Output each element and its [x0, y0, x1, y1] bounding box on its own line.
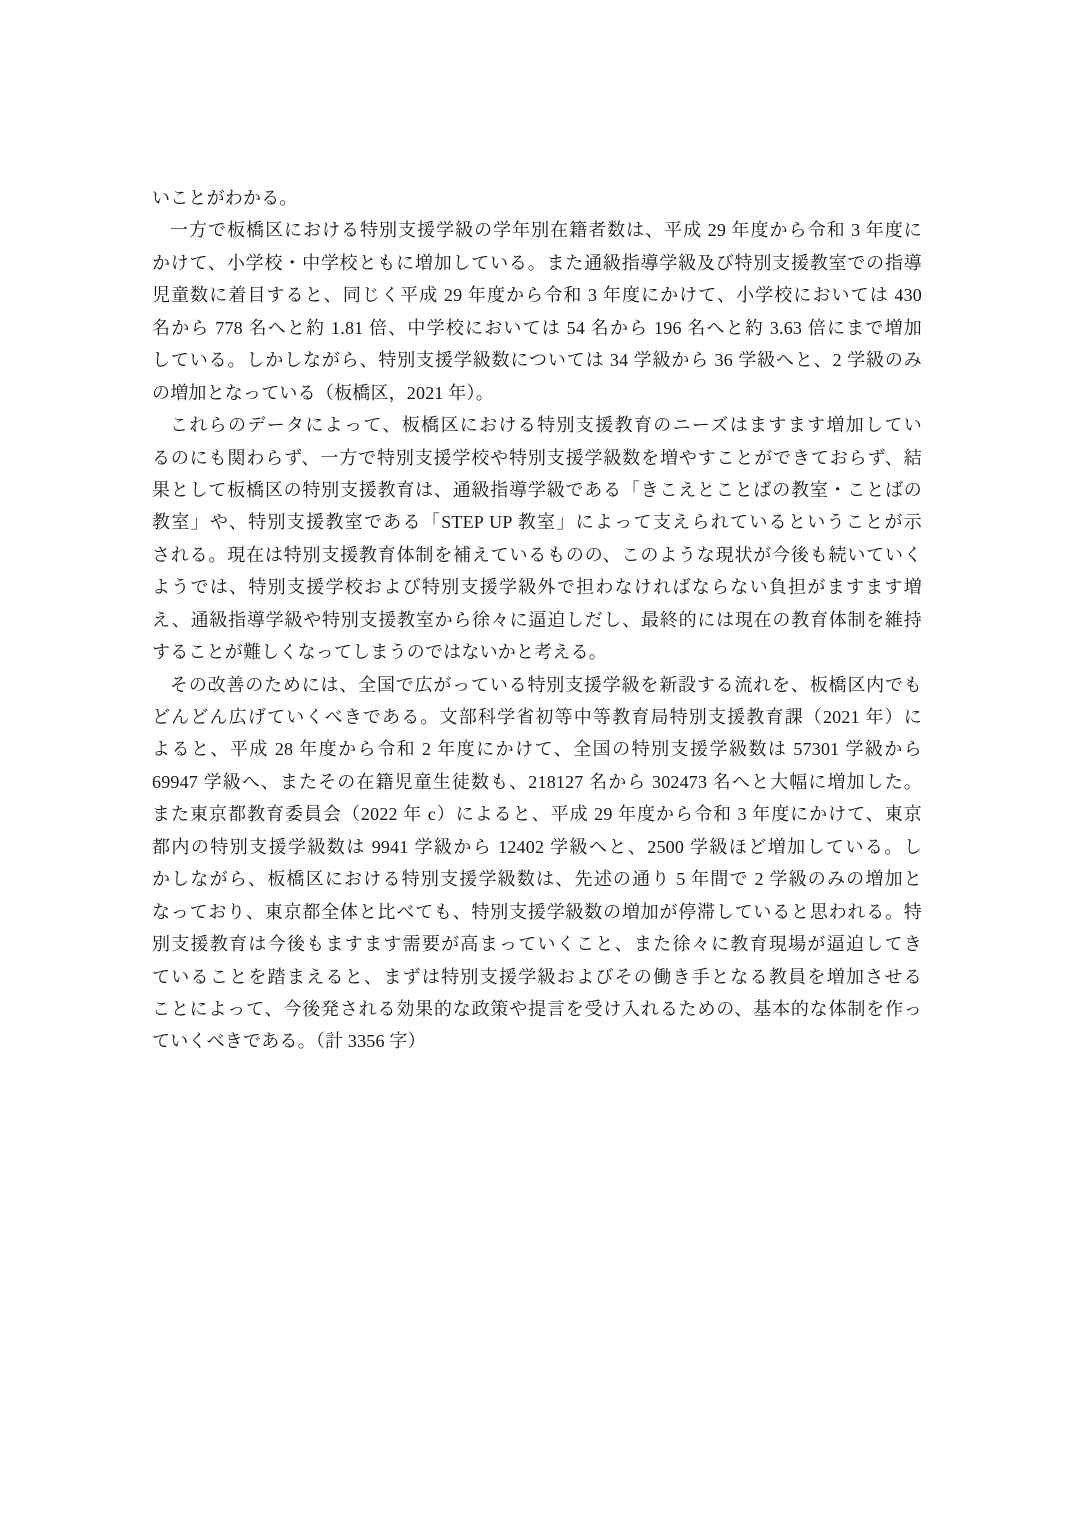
text-line: え、通級指導学級や特別支援教室から徐々に逼迫しだし、最終的には現在の教育体制を維… — [152, 604, 922, 636]
text-line: ことによって、今後発される効果的な政策や提言を受け入れるための、基本的な体制を作… — [152, 993, 922, 1025]
text-line: るのにも関わらず、一方で特別支援学校や特別支援学級数を増やすことができておらず、… — [152, 442, 922, 474]
text-line: 一方で板橋区における特別支援学級の学年別在籍者数は、平成 29 年度から令和 3… — [152, 214, 922, 246]
text-line: される。現在は特別支援教育体制を補えているものの、このような現状が今後も続いてい… — [152, 539, 922, 571]
text-line: 別支援教育は今後もますます需要が高まっていくこと、また徐々に教育現場が逼迫してき — [152, 928, 922, 960]
text-line: よると、平成 28 年度から令和 2 年度にかけて、全国の特別支援学級数は 57… — [152, 733, 922, 765]
text-line: また東京都教育委員会（2022 年 c）によると、平成 29 年度から令和 3 … — [152, 798, 922, 830]
text-line: の増加となっている（板橋区，2021 年）。 — [152, 377, 922, 409]
text-line: いことがわかる。 — [152, 182, 922, 214]
text-line: かけて、小学校・中学校ともに増加している。また通級指導学級及び特別支援教室での指… — [152, 247, 922, 279]
text-line: かしながら、板橋区における特別支援学級数は、先述の通り 5 年間で 2 学級のみ… — [152, 863, 922, 895]
text-line: 都内の特別支援学級数は 9941 学級から 12402 学級へと、2500 学級… — [152, 831, 922, 863]
text-line: 児童数に着目すると、同じく平成 29 年度から令和 3 年度にかけて、小学校にお… — [152, 279, 922, 311]
text-line: これらのデータによって、板橋区における特別支援教育のニーズはますます増加してい — [152, 409, 922, 441]
text-line: ていることを踏まえると、まずは特別支援学級およびその働き手となる教員を増加させる — [152, 961, 922, 993]
text-line: その改善のためには、全国で広がっている特別支援学級を新設する流れを、板橋区内でも — [152, 669, 922, 701]
text-line: どんどん広げていくべきである。文部科学省初等中等教育局特別支援教育課（2021 … — [152, 701, 922, 733]
text-line: ていくべきである。（計 3356 字） — [152, 1025, 922, 1057]
text-line: ようでは、特別支援学校および特別支援学級外で担わなければならない負担がますます増 — [152, 571, 922, 603]
text-line: 69947 学級へ、またその在籍児童生徒数も、218127 名から 302473… — [152, 766, 922, 798]
text-line: 名から 778 名へと約 1.81 倍、中学校においては 54 名から 196 … — [152, 312, 922, 344]
text-line: している。しかしながら、特別支援学級数については 34 学級から 36 学級へと… — [152, 344, 922, 376]
text-line: することが難しくなってしまうのではないかと考える。 — [152, 636, 922, 668]
text-line: 教室」や、特別支援教室である「STEP UP 教室」によって支えられているという… — [152, 506, 922, 538]
text-line: なっており、東京都全体と比べても、特別支援学級数の増加が停滞していると思われる。… — [152, 896, 922, 928]
body-text: いことがわかる。一方で板橋区における特別支援学級の学年別在籍者数は、平成 29 … — [152, 182, 922, 1058]
text-line: 果として板橋区の特別支援教育は、通級指導学級である「きこえとことばの教室・ことば… — [152, 474, 922, 506]
document-page: いことがわかる。一方で板橋区における特別支援学級の学年別在籍者数は、平成 29 … — [0, 0, 1076, 1522]
